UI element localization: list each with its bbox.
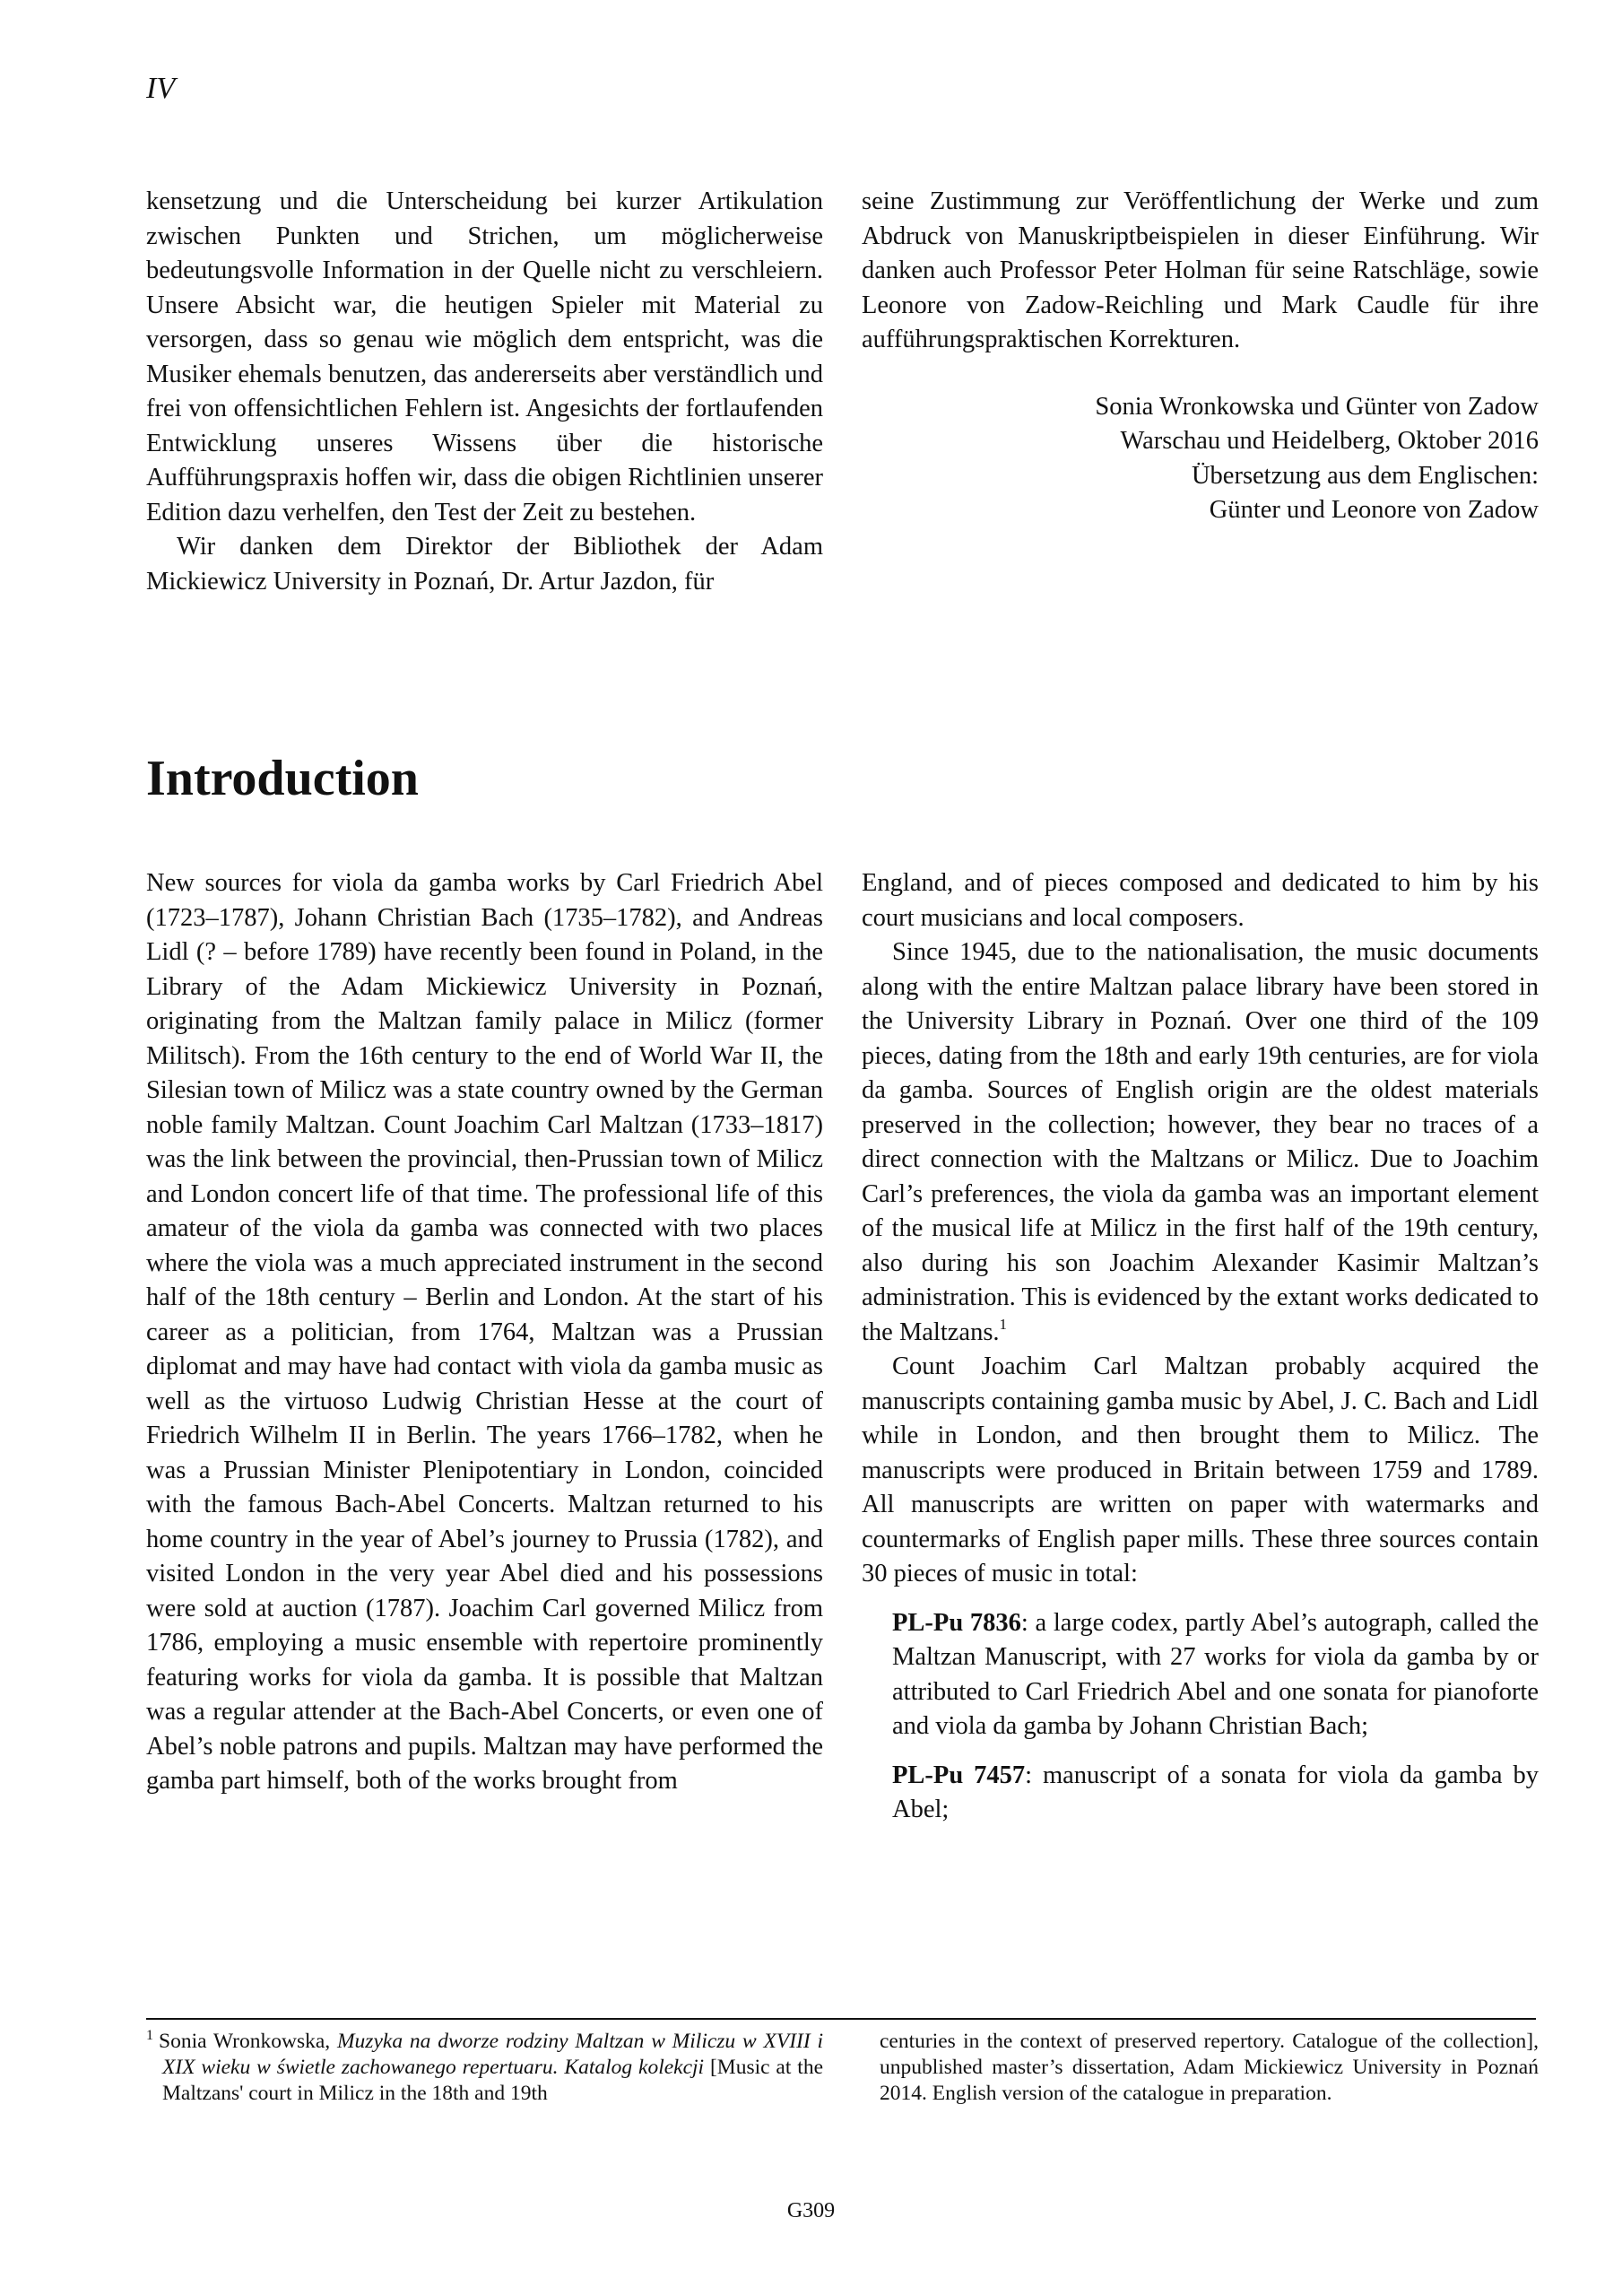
source-sigla: PL-Pu 7836 (892, 1609, 1021, 1637)
source-sigla: PL-Pu 7457 (892, 1761, 1025, 1789)
german-text-right-column: seine Zustimmung zur Veröffentlichung de… (862, 185, 1539, 528)
signature-place-date: Warschau und Heidelberg, Oktober 2016 (862, 424, 1539, 459)
german-paragraph: seine Zustimmung zur Veröffentlichung de… (862, 185, 1539, 358)
german-paragraph: kensetzung und die Unterscheidung bei ku… (146, 185, 823, 530)
intro-paragraph: Count Joachim Carl Maltzan probably acqu… (862, 1350, 1539, 1592)
footnote-author: Sonia Wronkowska, (159, 2030, 337, 2053)
section-title-introduction: Introduction (146, 753, 419, 804)
intro-paragraph: Since 1945, due to the nationalisation, … (862, 935, 1539, 1350)
page-number: G309 (0, 2199, 1622, 2223)
source-list-item: PL-Pu 7836: a large codex, partly Abel’s… (892, 1606, 1539, 1744)
introduction-left-column: New sources for viola da gamba works by … (146, 866, 823, 1799)
footnote-separator-rule (146, 2018, 1536, 2020)
footnote-1-continuation: centuries in the context of preserved re… (880, 2029, 1539, 2107)
intro-paragraph: England, and of pieces composed and dedi… (862, 866, 1539, 935)
german-paragraph: Wir danken dem Direktor der Bibliothek d… (146, 530, 823, 599)
signature-authors: Sonia Wronkowska und Günter von Zadow (862, 390, 1539, 425)
introduction-right-column: England, and of pieces composed and dedi… (862, 866, 1539, 1828)
running-page-label: IV (146, 74, 175, 104)
german-text-left-column: kensetzung und die Unterscheidung bei ku… (146, 185, 823, 599)
source-list-item: PL-Pu 7457: manuscript of a sonata for v… (892, 1759, 1539, 1828)
signature-translators: Günter und Leonore von Zadow (862, 493, 1539, 528)
footnote-1-left: 1Sonia Wronkowska, Muzyka na dworze rodz… (146, 2029, 823, 2107)
intro-paragraph: New sources for viola da gamba works by … (146, 866, 823, 1799)
signature-block: Sonia Wronkowska und Günter von Zadow Wa… (862, 390, 1539, 528)
footnote-number: 1 (146, 2028, 153, 2043)
signature-translation-note: Übersetzung aus dem Englischen: (862, 459, 1539, 494)
intro-paragraph-text: Since 1945, due to the nationalisation, … (862, 938, 1539, 1346)
footnote-reference[interactable]: 1 (1000, 1316, 1008, 1333)
